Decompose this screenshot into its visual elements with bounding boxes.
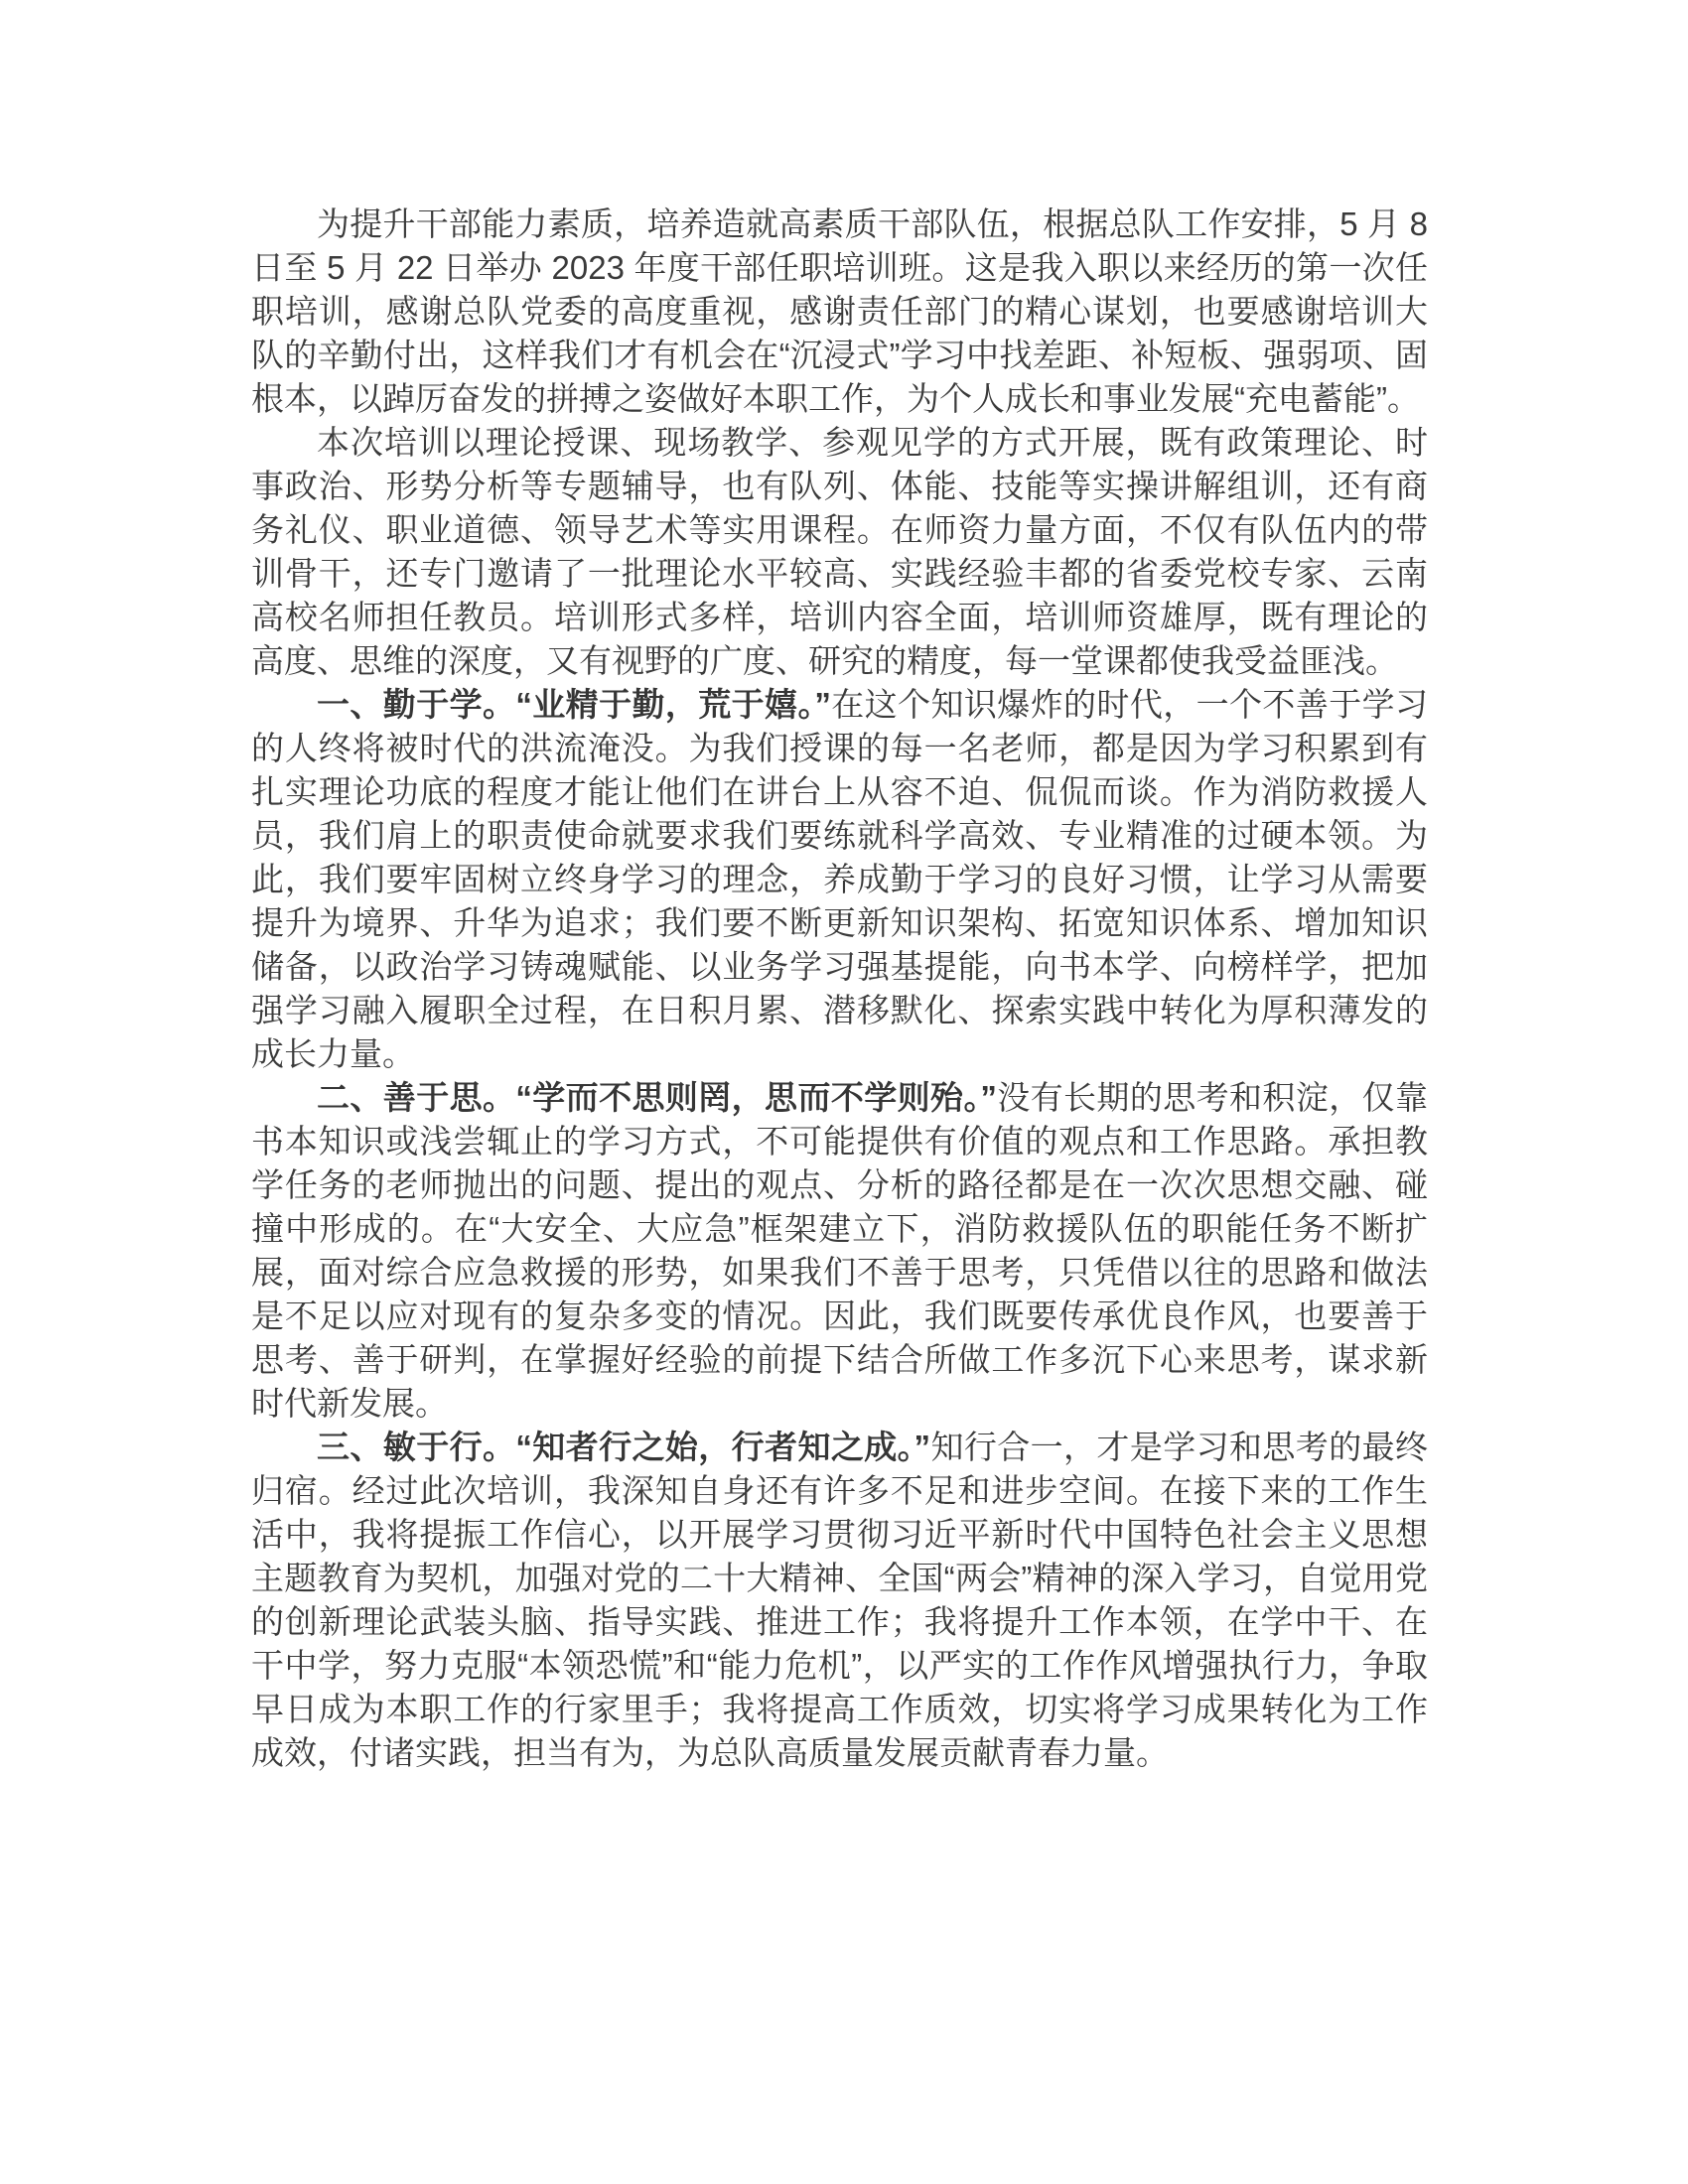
paragraph-text: 在这个知识爆炸的时代，一个不善于学习的人终将被时代的洪流淹没。为我们授课的每一名… (251, 686, 1428, 1072)
paragraph-section-2-good-thinking: 二、善于思。“学而不思则罔，思而不学则殆。”没有长期的思考和积淀，仅靠书本知识或… (251, 1076, 1428, 1426)
document-page: 为提升干部能力素质，培养造就高素质干部队伍，根据总队工作安排，5 月 8 日至 … (0, 0, 1688, 2184)
paragraph-lead: 三、敏于行。“知者行之始，行者知之成。” (317, 1429, 930, 1465)
paragraph-text: 知行合一，才是学习和思考的最终归宿。经过此次培训，我深知自身还有许多不足和进步空… (251, 1429, 1428, 1771)
paragraph-text: 没有长期的思考和积淀，仅靠书本知识或浅尝辄止的学习方式，不可能提供有价值的观点和… (251, 1079, 1428, 1422)
paragraph-training-overview: 本次培训以理论授课、现场教学、参观见学的方式开展，既有政策理论、时事政治、形势分… (251, 421, 1428, 683)
paragraph-lead: 二、善于思。“学而不思则罔，思而不学则殆。” (317, 1079, 997, 1116)
document-body: 为提升干部能力素质，培养造就高素质干部队伍，根据总队工作安排，5 月 8 日至 … (251, 203, 1428, 1775)
paragraph-section-1-diligent-study: 一、勤于学。“业精于勤，荒于嬉。”在这个知识爆炸的时代，一个不善于学习的人终将被… (251, 683, 1428, 1076)
paragraph-intro: 为提升干部能力素质，培养造就高素质干部队伍，根据总队工作安排，5 月 8 日至 … (251, 203, 1428, 421)
paragraph-text: 为提升干部能力素质，培养造就高素质干部队伍，根据总队工作安排，5 月 8 日至 … (251, 205, 1428, 417)
paragraph-text: 本次培训以理论授课、现场教学、参观见学的方式开展，既有政策理论、时事政治、形势分… (251, 424, 1428, 679)
paragraph-section-3-prompt-action: 三、敏于行。“知者行之始，行者知之成。”知行合一，才是学习和思考的最终归宿。经过… (251, 1426, 1428, 1775)
paragraph-lead: 一、勤于学。“业精于勤，荒于嬉。” (317, 686, 831, 723)
